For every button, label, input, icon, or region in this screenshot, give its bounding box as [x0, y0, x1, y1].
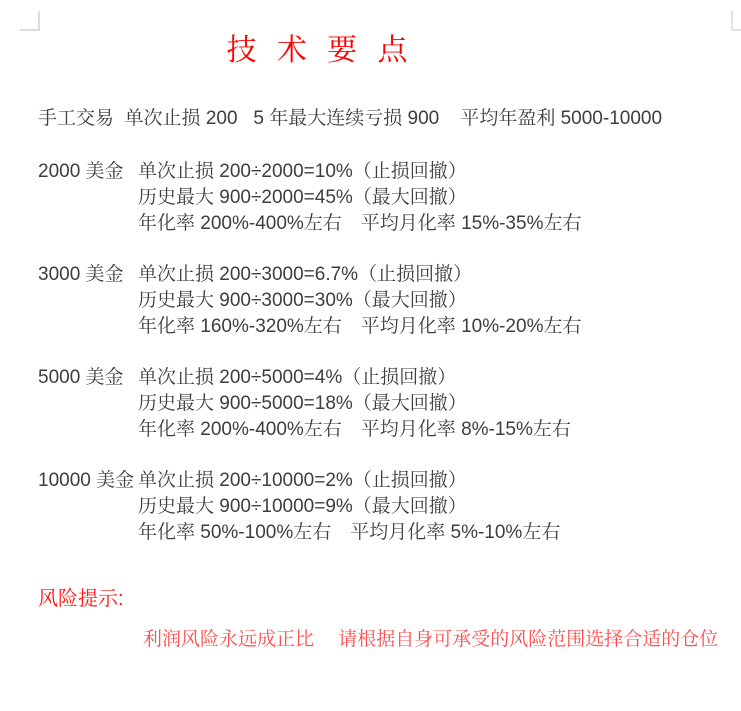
section-line: 历史最大 900÷5000=18%（最大回撤）	[138, 391, 571, 417]
section-line: 历史最大 900÷2000=45%（最大回撤）	[138, 185, 581, 211]
section-2000usd: 2000 美金 单次止损 200÷2000=10%（止损回撤） 历史最大 900…	[38, 159, 741, 237]
document-page: 技 术 要 点 手工交易 单次止损 200 5 年最大连续亏损 900 平均年盈…	[0, 0, 741, 711]
section-line: 年化率 50%-100%左右 平均月化率 5%-10%左右	[138, 520, 560, 546]
page-corner-mark-top-left	[20, 11, 40, 31]
section-line: 单次止损 200÷5000=4%（止损回撤）	[138, 365, 571, 391]
section-line: 单次止损 200÷2000=10%（止损回撤）	[138, 159, 581, 185]
section-line: 历史最大 900÷3000=30%（最大回撤）	[138, 288, 581, 314]
section-lines: 单次止损 200÷3000=6.7%（止损回撤） 历史最大 900÷3000=3…	[138, 262, 581, 340]
page-title: 技 术 要 点	[0, 0, 640, 72]
section-lines: 单次止损 200÷2000=10%（止损回撤） 历史最大 900÷2000=45…	[138, 159, 581, 237]
section-line: 单次止损 200÷10000=2%（止损回撤）	[138, 468, 560, 494]
section-line: 单次止损 200÷3000=6.7%（止损回撤）	[138, 262, 581, 288]
section-label: 10000 美金	[38, 468, 138, 546]
page-corner-mark-top-right	[731, 11, 741, 31]
intro-line: 手工交易 单次止损 200 5 年最大连续亏损 900 平均年盈利 5000-1…	[38, 106, 741, 132]
section-label: 2000 美金	[38, 159, 138, 237]
risk-heading: 风险提示:	[38, 586, 741, 613]
section-5000usd: 5000 美金 单次止损 200÷5000=4%（止损回撤） 历史最大 900÷…	[38, 365, 741, 443]
risk-note: 利润风险永远成正比 请根据自身可承受的风险范围选择合适的仓位	[143, 627, 741, 653]
section-line: 年化率 200%-400%左右 平均月化率 8%-15%左右	[138, 417, 571, 443]
section-label: 3000 美金	[38, 262, 138, 340]
section-line: 历史最大 900÷10000=9%（最大回撤）	[138, 494, 560, 520]
section-lines: 单次止损 200÷5000=4%（止损回撤） 历史最大 900÷5000=18%…	[138, 365, 571, 443]
section-lines: 单次止损 200÷10000=2%（止损回撤） 历史最大 900÷10000=9…	[138, 468, 560, 546]
section-label: 5000 美金	[38, 365, 138, 443]
section-3000usd: 3000 美金 单次止损 200÷3000=6.7%（止损回撤） 历史最大 90…	[38, 262, 741, 340]
section-10000usd: 10000 美金 单次止损 200÷10000=2%（止损回撤） 历史最大 90…	[38, 468, 741, 546]
section-line: 年化率 160%-320%左右 平均月化率 10%-20%左右	[138, 314, 581, 340]
section-line: 年化率 200%-400%左右 平均月化率 15%-35%左右	[138, 211, 581, 237]
